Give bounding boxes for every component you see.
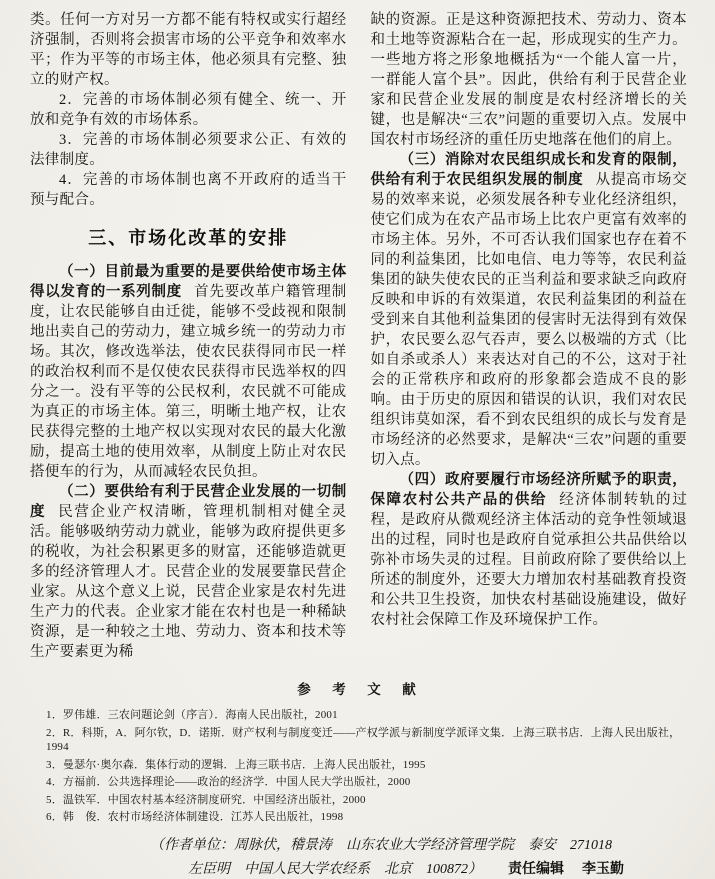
reference-item: 2．R．科斯，A．阿尔钦，D．诺斯．财产权利与制度变迁——产权学派与新制度学派译… bbox=[30, 726, 687, 755]
responsible-editor: 责任编辑李玉勤 bbox=[508, 860, 624, 876]
author-affiliation-line2: 左臣明 中国人民大学农经系 北京 100872）责任编辑李玉勤 bbox=[30, 857, 687, 879]
numbered-item-3: 3．完善的市场体制必须要求公正、有效的法律制度。 bbox=[30, 130, 347, 170]
paragraph-continuation-top: 类。任何一方对另一方都不能有特权或实行超经济强制，否则将会损害市场的公平竞争和效… bbox=[30, 10, 347, 90]
paragraph-three-body: 从提高市场交易的效率来说，必须发展各种专业化经济组织，使它们成为在农产品市场上比… bbox=[371, 172, 688, 468]
reference-item: 1．罗伟雄．三农问题论剑（序言）．海南人民出版社，2001 bbox=[30, 708, 687, 723]
author-affiliation-line1: （作者单位：周脉伏，稽景涛 山东农业大学经济管理学院 泰安 271018 bbox=[30, 835, 687, 857]
right-column: 缺的资源。正是这种资源把技术、劳动力、资本和土地等资源粘合在一起，形成现实的生产… bbox=[371, 10, 688, 662]
numbered-item-2: 2．完善的市场体制必须有健全、统一、开放和竞争有效的市场体系。 bbox=[30, 90, 347, 130]
left-column: 类。任何一方对另一方都不能有特权或实行超经济强制，否则将会损害市场的公平竞争和效… bbox=[30, 10, 347, 662]
paragraph-two-continuation: 缺的资源。正是这种资源把技术、劳动力、资本和土地等资源粘合在一起，形成现实的生产… bbox=[371, 10, 688, 150]
page-footer: （作者单位：周脉伏，稽景涛 山东农业大学经济管理学院 泰安 271018 左臣明… bbox=[30, 835, 687, 879]
document-page: 类。任何一方对另一方都不能有特权或实行超经济强制，否则将会损害市场的公平竞争和效… bbox=[0, 0, 715, 879]
paragraph-three: （三）消除对农民组织成长和发育的限制，供给有利于农民组织发展的制度从提高市场交易… bbox=[371, 150, 688, 470]
references-section: 参 考 文 献 1．罗伟雄．三农问题论剑（序言）．海南人民出版社，2001 2．… bbox=[30, 678, 687, 825]
responsible-editor-name: 李玉勤 bbox=[582, 860, 624, 876]
reference-item: 3．曼瑟尔·奥尔森．集体行动的逻辑．上海三联书店．上海人民出版社，1995 bbox=[30, 758, 687, 773]
reference-item: 6．韩 俊．农村市场经济体制建设．江苏人民出版社，1998 bbox=[30, 810, 687, 825]
two-column-body: 类。任何一方对另一方都不能有特权或实行超经济强制，否则将会损害市场的公平竞争和效… bbox=[30, 10, 687, 662]
reference-item: 5．温铁军．中国农村基本经济制度研究．中国经济出版社，2000 bbox=[30, 793, 687, 808]
references-heading: 参 考 文 献 bbox=[30, 678, 687, 698]
paragraph-four-body: 经济体制转轨的过程，是政府从微观经济主体活动的竞争性领域退出的过程，同时也是政府… bbox=[371, 492, 688, 628]
reference-item: 4．方福前．公共选择理论——政治的经济学．中国人民大学出版社，2000 bbox=[30, 775, 687, 790]
author-affiliation-line2-text: 左臣明 中国人民大学农经系 北京 100872） bbox=[188, 862, 482, 877]
paragraph-four: （四）政府要履行市场经济所赋予的职责，保障农村公共产品的供给经济体制转轨的过程，… bbox=[371, 470, 688, 630]
section-heading: 三、市场化改革的安排 bbox=[30, 224, 347, 250]
numbered-item-4: 4．完善的市场体制也离不开政府的适当干预与配合。 bbox=[30, 170, 347, 210]
paragraph-one: （一）目前最为重要的是要供给使市场主体得以发育的一系列制度首先要改革户籍管理制度… bbox=[30, 262, 347, 482]
paragraph-two: （二）要供给有利于民营企业发展的一切制度民营企业产权清晰，管理机制相对健全灵活。… bbox=[30, 482, 347, 662]
responsible-editor-label: 责任编辑 bbox=[508, 860, 564, 876]
paragraph-one-body: 首先要改革户籍管理制度，让农民能够自由迁徙，能够不受歧视和限制地出卖自己的劳动力… bbox=[30, 284, 347, 480]
paragraph-two-body: 民营企业产权清晰，管理机制相对健全灵活。能够吸纳劳动力就业，能够为政府提供更多的… bbox=[30, 504, 347, 660]
